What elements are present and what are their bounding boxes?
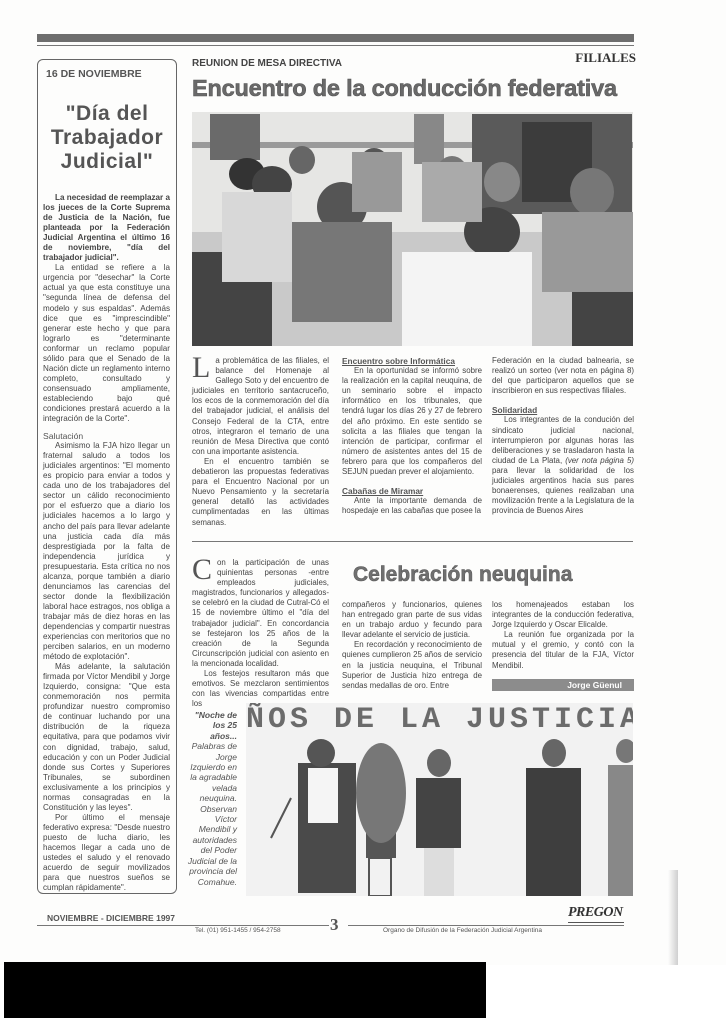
sidebar-box: 16 DE NOVIEMBRE "Día del Trabajador Judi… bbox=[37, 59, 177, 894]
page-curl-shadow bbox=[668, 870, 678, 965]
top-rule-bar bbox=[37, 34, 634, 42]
sidebar-title: "Día del Trabajador Judicial" bbox=[38, 102, 176, 174]
footer-rule bbox=[37, 925, 229, 926]
article2-headline: Celebración neuquina bbox=[353, 563, 572, 587]
sidebar-paragraph: Más adelante, la salutación firmada por … bbox=[43, 662, 170, 813]
author-credit: Jorge Güenul bbox=[492, 679, 634, 691]
sidebar-date: 16 DE NOVIEMBRE bbox=[46, 68, 142, 80]
caption-lead: "Noche de los 25 años... bbox=[195, 710, 237, 741]
logo-underline bbox=[568, 922, 624, 923]
section-divider bbox=[192, 541, 633, 542]
article-paragraph: Los integrantes de la condución del sind… bbox=[492, 415, 634, 516]
article2-column-2: compañeros y funcionarios, quienes han e… bbox=[342, 600, 482, 691]
paragraph-text: para llevar la solidaridad de los judici… bbox=[492, 466, 634, 515]
celebration-photo: ÑOS DE LA JUSTICIA EN bbox=[246, 703, 633, 896]
dropcap: C bbox=[192, 558, 212, 582]
sidebar-paragraph: Asimismo la FJA hizo llegar un fraternal… bbox=[43, 441, 170, 662]
sidebar-subhead: Salutación bbox=[43, 431, 170, 441]
subheading: Solidaridad bbox=[492, 405, 634, 415]
article-paragraph: En el encuentro también se debatieron la… bbox=[192, 457, 329, 528]
top-rule-line bbox=[37, 45, 634, 46]
article1-column-3: Federación en la ciudad balnearia, se re… bbox=[492, 356, 634, 516]
page-reference: (ver nota página 5) bbox=[565, 456, 634, 465]
page-number: 3 bbox=[330, 915, 339, 935]
dropcap: L bbox=[192, 356, 210, 380]
article-paragraph: los homenajeados estaban los integrantes… bbox=[492, 600, 634, 630]
footer-publisher: Organo de Difusión de la Federación Judi… bbox=[383, 927, 542, 934]
sidebar-lead: La necesidad de reemplazar a los jueces … bbox=[43, 193, 170, 263]
article-paragraph: La reunión fue organizada por la mutual … bbox=[492, 630, 634, 670]
article1-column-1: L a problemática de las filiales, el bal… bbox=[192, 356, 329, 528]
photo-caption: "Noche de los 25 años... Palabras de Jor… bbox=[186, 710, 237, 887]
article-paragraph: Ante la importante demanda de hospedaje … bbox=[342, 496, 482, 516]
sidebar-paragraph: Por último el mensaje federativo expresa… bbox=[43, 813, 170, 893]
footer-rule bbox=[229, 925, 329, 926]
footer-issue-date: NOVIEMBRE - DICIEMBRE 1997 bbox=[47, 913, 175, 923]
article2-column-1: C on la participación de unas quinientas… bbox=[192, 558, 329, 709]
article-paragraph: on la participación de unas quinientas p… bbox=[192, 558, 329, 669]
article-paragraph: Federación en la ciudad balnearia, se re… bbox=[492, 356, 634, 396]
pregon-logo: PREGON bbox=[568, 905, 623, 921]
section-label: FILIALES bbox=[575, 50, 636, 66]
article2-column-3: los homenajeados estaban los integrantes… bbox=[492, 600, 634, 671]
footer-phone: Tel. (01) 951-1455 / 954-2758 bbox=[195, 927, 281, 934]
article-headline: Encuentro de la conducción federativa bbox=[192, 75, 617, 102]
article-paragraph: compañeros y funcionarios, quienes han e… bbox=[342, 600, 482, 640]
scan-background-band bbox=[4, 962, 486, 1018]
article-paragraph: En la oportunidad se informó sobre la re… bbox=[342, 366, 482, 477]
sidebar-body: La necesidad de reemplazar a los jueces … bbox=[43, 193, 170, 893]
article1-column-2: Encuentro sobre Informática En la oportu… bbox=[342, 356, 482, 516]
newspaper-page: FILIALES 16 DE NOVIEMBRE "Día del Trabaj… bbox=[0, 0, 726, 965]
caption-text: Palabras de Jorge Izquierdo en la agrada… bbox=[188, 741, 237, 886]
subheading: Cabañas de Miramar bbox=[342, 486, 482, 496]
meeting-photo bbox=[192, 112, 633, 346]
sidebar-paragraph: La entidad se refiere a la urgencia por … bbox=[43, 263, 170, 424]
article-paragraph: a problemática de las filiales, el balan… bbox=[192, 356, 329, 457]
subheading: Encuentro sobre Informática bbox=[342, 356, 482, 366]
footer-rule bbox=[348, 925, 624, 926]
article-kicker: REUNION DE MESA DIRECTIVA bbox=[192, 58, 342, 69]
article-paragraph: En recordación y reconocimiento de quien… bbox=[342, 640, 482, 690]
